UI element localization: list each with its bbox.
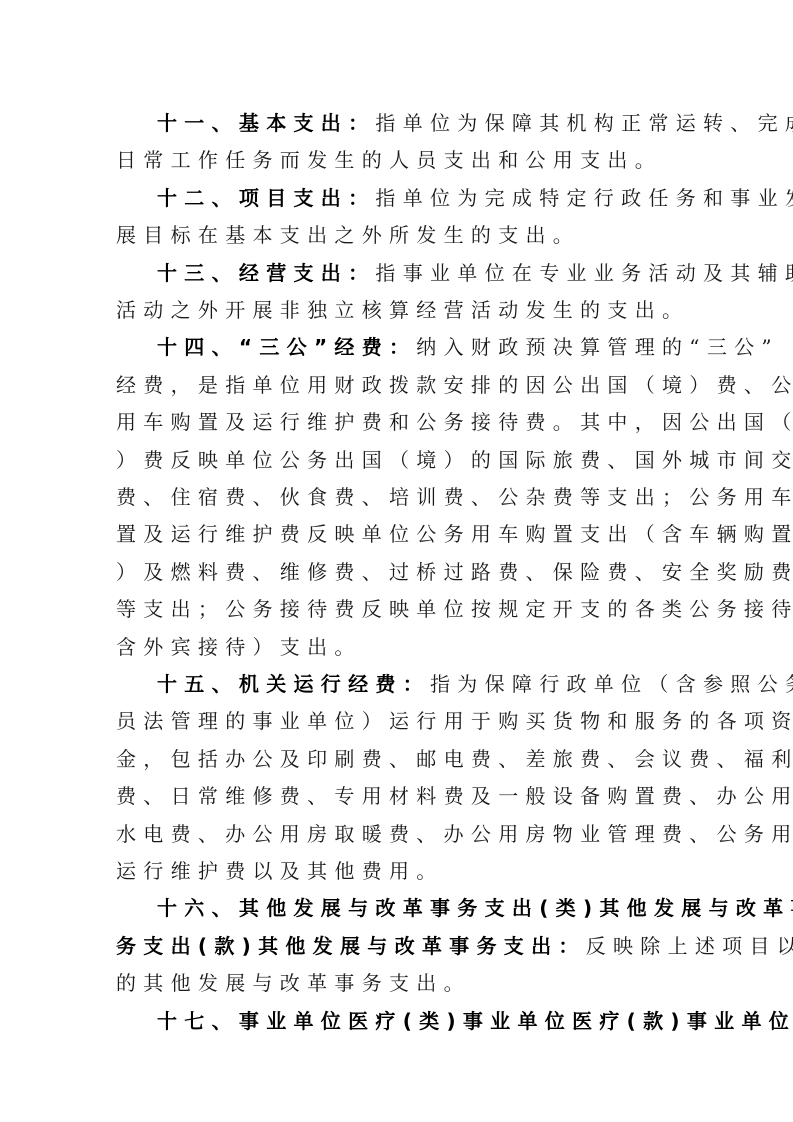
- text-line: 金，包括办公及印刷费、邮电费、差旅费、会议费、福利: [116, 744, 676, 774]
- body-text: 金，包括办公及印刷费、邮电费、差旅费、会议费、福利: [116, 747, 793, 771]
- text-line: 的其他发展与改革事务支出。: [116, 968, 676, 998]
- text-line: 十二、项目支出：指单位为完成特定行政任务和事业发: [157, 183, 717, 213]
- text-line: 活动之外开展非独立核算经营活动发生的支出。: [116, 295, 676, 325]
- body-text: 日常工作任务而发生的人员支出和公用支出。: [116, 148, 662, 172]
- text-line: 水电费、办公用房取暖费、办公用房物业管理费、公务用车: [116, 819, 676, 849]
- term-heading: 十四、“三公”经费：: [157, 335, 416, 359]
- body-text: 活动之外开展非独立核算经营活动发生的支出。: [116, 298, 689, 322]
- text-line: 用车购置及运行维护费和公务接待费。其中，因公出国（境: [116, 407, 676, 437]
- body-text: ）及燃料费、维修费、过桥过路费、保险费、安全奖励费用: [116, 560, 793, 584]
- body-text: 费、日常维修费、专用材料费及一般设备购置费、办公用房: [116, 784, 793, 808]
- body-text: 展目标在基本支出之外所发生的支出。: [116, 223, 580, 247]
- text-line: 十四、“三公”经费：纳入财政预决算管理的“三公”: [157, 332, 717, 362]
- text-line: 十五、机关运行经费：指为保障行政单位（含参照公务: [157, 669, 717, 699]
- body-text: 含外宾接待）支出。: [116, 635, 362, 659]
- body-text: ）费反映单位公务出国（境）的国际旅费、国外城市间交通: [116, 448, 793, 472]
- term-heading: 十七、事业单位医疗(类)事业单位医疗(款)事业单位医: [157, 1009, 793, 1033]
- text-line: 展目标在基本支出之外所发生的支出。: [116, 220, 676, 250]
- body-text: 指单位为完成特定行政任务和事业发: [375, 186, 793, 210]
- body-text: 用车购置及运行维护费和公务接待费。其中，因公出国（境: [116, 410, 793, 434]
- text-line: 十三、经营支出：指事业单位在专业业务活动及其辅助: [157, 258, 717, 288]
- body-text: 等支出；公务接待费反映单位按规定开支的各类公务接待（: [116, 597, 793, 621]
- term-heading: 十一、基本支出：: [157, 111, 375, 135]
- body-text: 纳入财政预决算管理的“三公”: [416, 335, 779, 359]
- body-text: 经费，是指单位用财政拨款安排的因公出国（境）费、公务: [116, 373, 793, 397]
- text-line: 费、住宿费、伙食费、培训费、公杂费等支出；公务用车购: [116, 482, 676, 512]
- body-text: 水电费、办公用房取暖费、办公用房物业管理费、公务用车: [116, 822, 793, 846]
- term-heading: 十六、其他发展与改革事务支出(类)其他发展与改革事: [157, 896, 793, 920]
- body-text: 反映除上述项目以外: [586, 934, 793, 958]
- body-text: 运行维护费以及其他费用。: [116, 859, 444, 883]
- text-line: ）及燃料费、维修费、过桥过路费、保险费、安全奖励费用: [116, 557, 676, 587]
- text-line: 费、日常维修费、专用材料费及一般设备购置费、办公用房: [116, 781, 676, 811]
- text-line: ）费反映单位公务出国（境）的国际旅费、国外城市间交通: [116, 445, 676, 475]
- text-line: 等支出；公务接待费反映单位按规定开支的各类公务接待（: [116, 594, 676, 624]
- text-line: 经费，是指单位用财政拨款安排的因公出国（境）费、公务: [116, 370, 676, 400]
- body-text: 置及运行维护费反映单位公务用车购置支出（含车辆购置税: [116, 522, 793, 546]
- body-text: 的其他发展与改革事务支出。: [116, 971, 471, 995]
- text-line: 员法管理的事业单位）运行用于购买货物和服务的各项资: [116, 706, 676, 736]
- text-line: 日常工作任务而发生的人员支出和公用支出。: [116, 145, 676, 175]
- term-heading: 十五、机关运行经费：: [157, 672, 430, 696]
- text-line: 含外宾接待）支出。: [116, 632, 676, 662]
- text-line: 十七、事业单位医疗(类)事业单位医疗(款)事业单位医: [157, 1006, 717, 1036]
- body-text: 指单位为保障其机构正常运转、完成: [375, 111, 793, 135]
- document-page: 十一、基本支出：指单位为保障其机构正常运转、完成日常工作任务而发生的人员支出和公…: [0, 0, 793, 1122]
- body-text: 指事业单位在专业业务活动及其辅助: [375, 261, 793, 285]
- body-text: 费、住宿费、伙食费、培训费、公杂费等支出；公务用车购: [116, 485, 793, 509]
- text-line: 务支出(款)其他发展与改革事务支出：反映除上述项目以外: [116, 931, 676, 961]
- body-text: 指为保障行政单位（含参照公务: [430, 672, 793, 696]
- text-line: 十六、其他发展与改革事务支出(类)其他发展与改革事: [157, 893, 717, 923]
- text-line: 十一、基本支出：指单位为保障其机构正常运转、完成: [157, 108, 717, 138]
- body-text: 员法管理的事业单位）运行用于购买货物和服务的各项资: [116, 709, 793, 733]
- term-heading: 十二、项目支出：: [157, 186, 375, 210]
- term-heading: 务支出(款)其他发展与改革事务支出：: [116, 934, 586, 958]
- text-line: 置及运行维护费反映单位公务用车购置支出（含车辆购置税: [116, 519, 676, 549]
- text-line: 运行维护费以及其他费用。: [116, 856, 676, 886]
- term-heading: 十三、经营支出：: [157, 261, 375, 285]
